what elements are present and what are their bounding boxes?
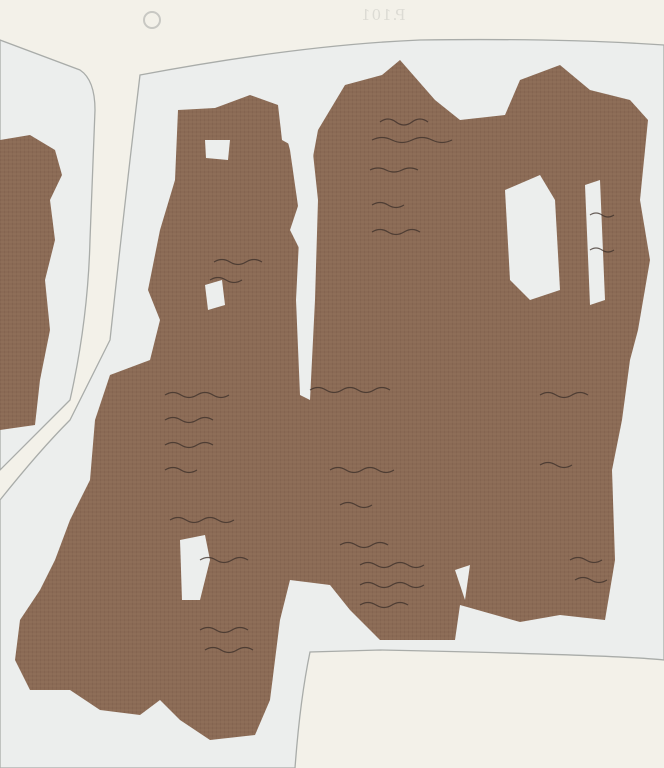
shelf-label: P.101: [360, 6, 405, 24]
papyrus-scene: [0, 0, 664, 768]
gap-left-top: [205, 140, 230, 160]
papyrus-photograph: P.101: [0, 0, 664, 768]
circle-mark: [143, 11, 161, 29]
gap-hole: [205, 280, 225, 310]
